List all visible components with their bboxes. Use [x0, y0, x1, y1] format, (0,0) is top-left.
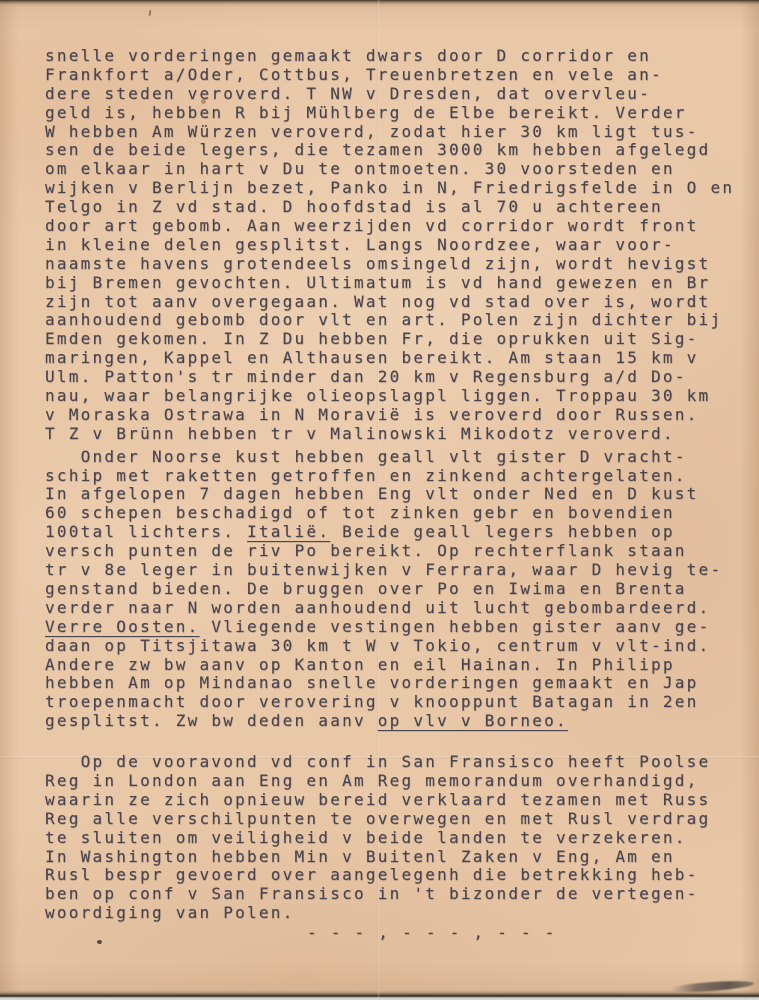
text-line: nau, waar belangrijke olieopslagpl ligge… [45, 387, 759, 406]
text-line: Onder Noorse kust hebben geall vlt giste… [45, 448, 759, 467]
text-line: In afgelopen 7 dagen hebben Eng vlt onde… [45, 485, 759, 504]
text-line: W hebben Am Würzen veroverd, zodat hier … [45, 123, 759, 142]
text-line: naamste havens grotendeels omsingeld zij… [45, 255, 759, 274]
text-line: tr v 8e leger in buitenwijken v Ferrara,… [45, 561, 759, 580]
scan-edge-top [0, 0, 759, 7]
text-line: door art gebomb. Aan weerzijden vd corri… [45, 217, 759, 236]
text-line: aanhoudend gebomb door vlt en art. Polen… [45, 311, 759, 330]
text-line: Reg alle verschilpunten te overwegen en … [45, 810, 759, 829]
text-line: bij Bremen gevochten. Ultimatum is vd ha… [45, 274, 759, 293]
text-line: gesplitst. Zw bw deden aanv op vlv v Bor… [45, 712, 759, 731]
text-line: troepenmacht door verovering v knooppunt… [45, 693, 759, 712]
text-line: maringen, Kappel en Althausen bereikt. A… [45, 349, 759, 368]
text-line: Andere zw bw aanv op Kanton en eil Haina… [45, 656, 759, 675]
text-line: waarin ze zich opnieuw bereid verklaard … [45, 791, 759, 810]
text-line: zijn tot aanv overgegaan. Wat nog vd sta… [45, 293, 759, 312]
text-line: daan op Titsjitawa 30 km t W v Tokio, ce… [45, 637, 759, 656]
text-line: versch punten de riv Po bereikt. Op rech… [45, 542, 759, 561]
text-line: Reg in London aan Eng en Am Reg memorand… [45, 772, 759, 791]
text-line: ben op conf v San Fransisco in 't bizond… [45, 885, 759, 904]
text-line: schip met raketten getroffen en zinkend … [45, 467, 759, 486]
paragraph: snelle vorderingen gemaakt dwars door D … [45, 47, 759, 444]
scan-edge-bottom [0, 990, 759, 1000]
scanned-document-page: snelle vorderingen gemaakt dwars door D … [0, 0, 759, 1000]
text-line: wijken v Berlijn bezet, Panko in N, Frie… [45, 179, 759, 198]
text-line: dere steden veroverd. T NW v Dresden, da… [45, 85, 759, 104]
typewritten-text-block: snelle vorderingen gemaakt dwars door D … [45, 47, 759, 943]
text-line: Emden gekomen. In Z Du hebben Fr, die op… [45, 330, 759, 349]
ink-smudge [670, 979, 754, 994]
text-line: Frankfort a/Oder, Cottbus, Treuenbretzen… [45, 66, 759, 85]
text-line: geld is, hebben R bij Mühlberg de Elbe b… [45, 104, 759, 123]
text-line: 100tal lichters. Italië. Beide geall leg… [45, 523, 759, 542]
text-line: sen de beide legers, die tezamen 3000 km… [45, 141, 759, 160]
paragraph: Onder Noorse kust hebben geall vlt giste… [45, 448, 759, 731]
text-line: verder naar N worden aanhoudend uit luch… [45, 599, 759, 618]
text-line: v Moraska Ostrawa in N Moravië is verove… [45, 406, 759, 425]
typed-divider: - - - , - - - , - - - [45, 924, 759, 943]
text-line: In Washington hebben Min v Buitenl Zaken… [45, 848, 759, 867]
text-line: Telgo in Z vd stad. D hoofdstad is al 70… [45, 198, 759, 217]
text-line: Verre Oosten. Vliegende vestingen hebben… [45, 618, 759, 637]
text-line: snelle vorderingen gemaakt dwars door D … [45, 47, 759, 66]
text-line: in kleine delen gesplitst. Langs Noordze… [45, 236, 759, 255]
paragraph: Op de vooravond vd conf in San Fransisco… [45, 753, 759, 923]
text-line: Rusl bespr gevoerd over aangelegenh die … [45, 866, 759, 885]
text-line: woordiging van Polen. [45, 904, 759, 923]
text-line: te sluiten om veiligheid v beide landen … [45, 829, 759, 848]
paragraphs: snelle vorderingen gemaakt dwars door D … [45, 47, 759, 923]
text-line: 60 schepen beschadigd of tot zinken gebr… [45, 504, 759, 523]
paper-speck [149, 10, 152, 16]
text-line: genstand bieden. De bruggen over Po en I… [45, 580, 759, 599]
text-line: Op de vooravond vd conf in San Fransisco… [45, 753, 759, 772]
text-line: T Z v Brünn hebben tr v Malinowski Mikod… [45, 425, 759, 444]
text-line: hebben Am op Mindanao snelle vorderingen… [45, 674, 759, 693]
text-line: om elkaar in hart v Du te ontmoeten. 30 … [45, 160, 759, 179]
text-line: Ulm. Patton's tr minder dan 20 km v Rege… [45, 368, 759, 387]
